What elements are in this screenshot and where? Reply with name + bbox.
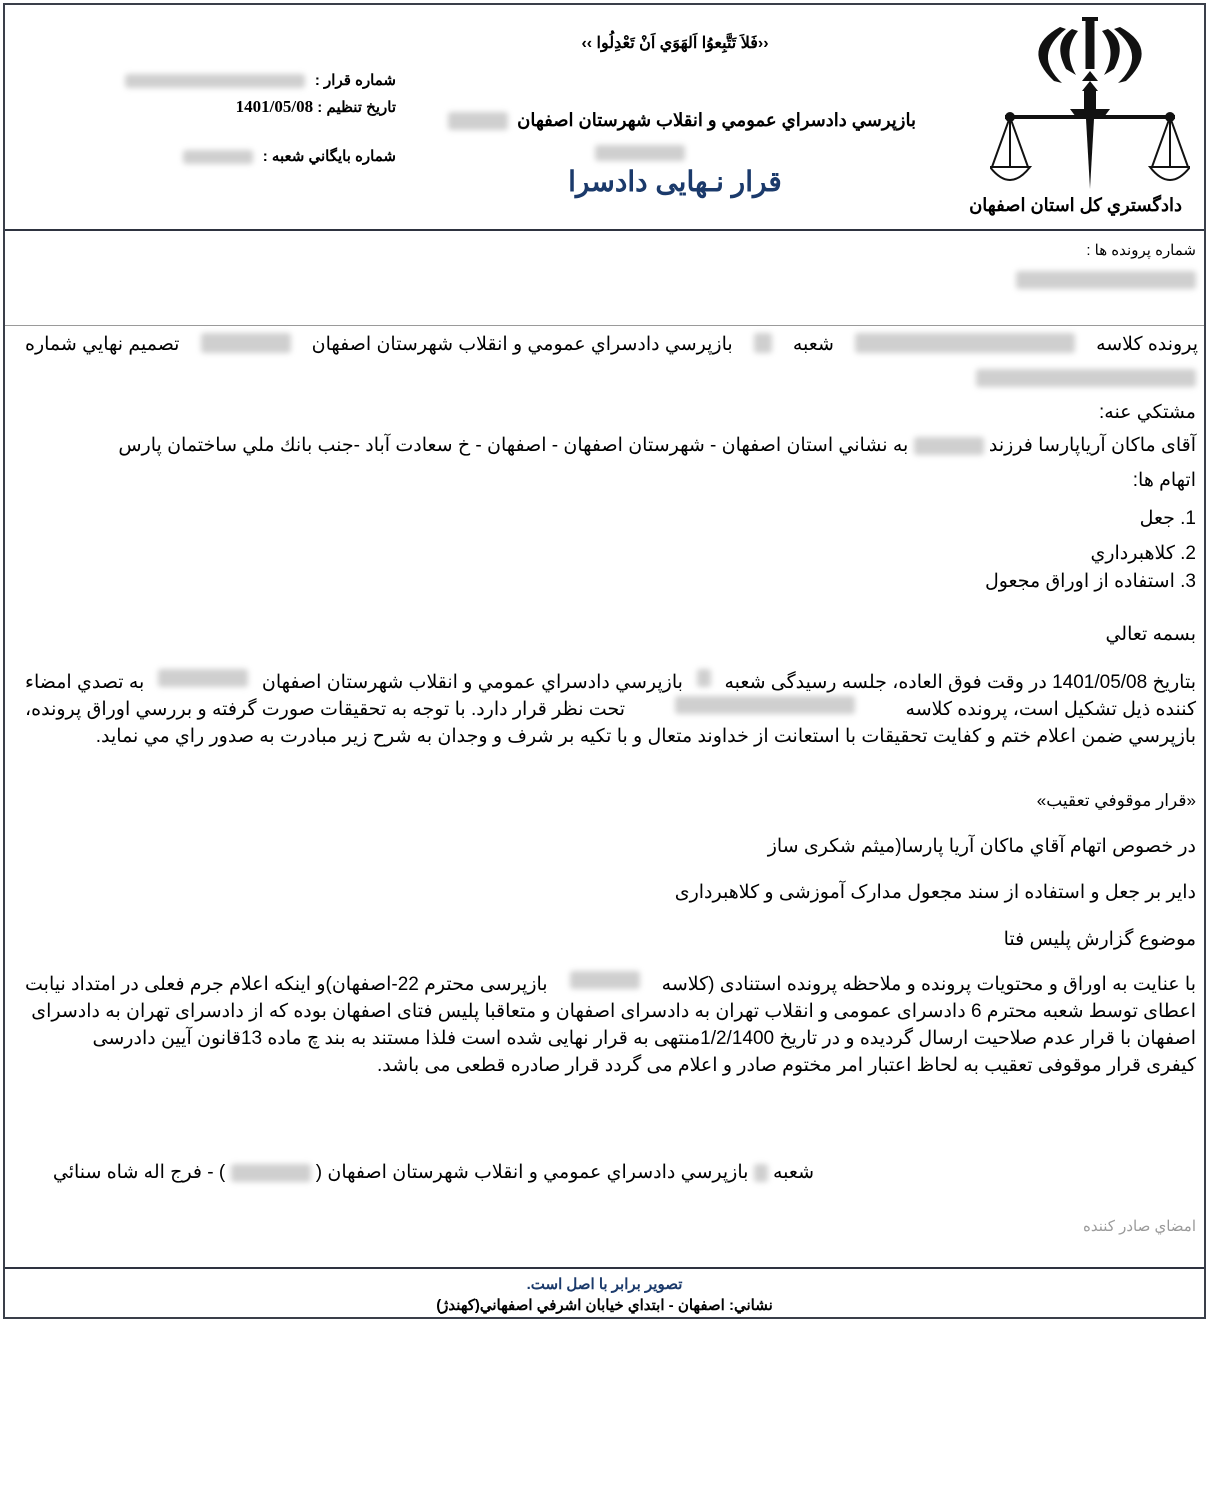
office-title: بازپرسي دادسراي عمومي و انقلاب شهرستان ا… — [448, 110, 916, 131]
bismillah: بسمه تعالي — [1105, 623, 1196, 646]
signature-office: بازپرسي دادسراي عمومي و انقلاب شهرستان ا… — [316, 1162, 749, 1183]
redacted-office — [158, 669, 248, 687]
redacted-case-class — [570, 971, 640, 989]
charge-item: 1. جعل — [1140, 507, 1196, 530]
divider — [5, 325, 1204, 326]
redacted-archive-number — [183, 150, 253, 164]
charge-item: 2. كلاهبرداري — [1090, 542, 1196, 565]
para1-b: بازپرسي دادسراي عمومي و انقلاب شهرستان ا… — [262, 669, 683, 696]
charge-regarding-line: در خصوص اتهام آقاي ماكان آريا پارسا(ميثم… — [768, 835, 1196, 858]
redacted-office-code — [595, 145, 685, 161]
decision-line-2: اعطای توسط شعبه محترم 6 دادسرای عمومی و … — [25, 998, 1196, 1025]
judiciary-emblem-icon — [990, 17, 1190, 192]
court-name: دادگستري كل استان اصفهان — [969, 195, 1182, 216]
defendant-line: آقای ماكان آریاپارسا فرزند به نشاني استا… — [118, 434, 1196, 457]
charge-detail-line: داير بر جعل و استفاده از سند مجعول مدارک… — [675, 881, 1196, 904]
charges-label: اتهام ها: — [1133, 469, 1196, 492]
intro-part-file: پرونده كلاسه — [1096, 333, 1198, 356]
file-numbers-label: شماره پرونده ها : — [1086, 241, 1196, 259]
signature-branch-label: شعبه — [773, 1162, 814, 1183]
redacted-office-code — [231, 1164, 311, 1182]
session-paragraph: بتاريخ 1401/05/08 در وقت فوق العاده، جلس… — [25, 669, 1196, 750]
date-value: 1401/05/08 — [236, 97, 313, 116]
para1-line2-a: كننده ذيل تشكيل است، پرونده كلاسه — [906, 696, 1196, 723]
office-title-text: بازپرسي دادسراي عمومي و انقلاب شهرستان ا… — [517, 110, 916, 130]
court-address: نشاني: اصفهان - ابتداي خيابان اشرفي اصفه… — [5, 1296, 1204, 1314]
para1-c: به تصدي امضاء — [25, 669, 144, 696]
redacted-branch — [448, 112, 508, 130]
case-intro-line: پرونده كلاسه شعبه بازپرسي دادسراي عمومي … — [25, 333, 1198, 356]
document-title: قرار نـهایی دادسرا — [565, 165, 785, 198]
archive-number-row: شماره بايگاني شعبه : — [183, 147, 396, 165]
quran-quote: ‹‹فَلاَ تَتَّبِعوُا اَلهَوَي اَنْ تَعْدِ… — [545, 33, 805, 53]
document-footer: تصوير برابر با اصل است. نشاني: اصفهان - … — [5, 1267, 1204, 1319]
para2-l1-b: بازپرسی محترم 22-اصفهان)و اينکه اعلام جر… — [25, 971, 548, 998]
defendant-name: آقای ماكان آریاپارسا فرزند — [989, 435, 1196, 456]
redacted-decision-final-number — [976, 369, 1196, 387]
redacted-father-name — [914, 437, 984, 455]
date-label: تاریخ تنظیم : — [317, 99, 396, 116]
redacted-file-numbers — [1016, 271, 1196, 289]
redacted-branch-number — [754, 333, 772, 353]
intro-part-decision: تصميم نهايي شماره — [25, 333, 179, 356]
session-line-3: بازپرسي ضمن اعلام ختم و كفايت تحقيقات با… — [25, 723, 1196, 750]
signature-line: شعبه بازپرسي دادسراي عمومي و انقلاب شهرس… — [53, 1161, 814, 1184]
signature-signer-name: ) - فرج اله شاه سنائي — [53, 1162, 225, 1183]
para1-a: بتاريخ 1401/05/08 در وقت فوق العاده، جلس… — [725, 669, 1197, 696]
redacted-branch — [697, 669, 711, 687]
redacted-decision-number — [125, 74, 305, 88]
session-line-2: كننده ذيل تشكيل است، پرونده كلاسه تحت نظ… — [25, 696, 1196, 723]
decision-number-row: شماره قرار : — [125, 71, 396, 89]
redacted-branch — [754, 1164, 768, 1182]
defendant-address: به نشاني استان اصفهان - شهرستان اصفهان -… — [118, 435, 908, 456]
date-row: تاریخ تنظیم : 1401/05/08 — [236, 97, 396, 117]
redacted-file-class — [855, 333, 1075, 353]
certified-copy-note: تصوير برابر با اصل است. — [5, 1275, 1204, 1293]
decision-line-1: با عنايت به اوراق و محتويات پرونده و ملا… — [25, 971, 1196, 998]
decision-number-label: شماره قرار : — [315, 72, 396, 89]
archive-number-label: شماره بايگاني شعبه : — [263, 148, 396, 165]
document-header: دادگستري كل استان اصفهان ‹‹فَلاَ تَتَّبِ… — [5, 5, 1204, 231]
charge-item: 3. استفاده از اوراق مجعول — [985, 570, 1196, 593]
signer-label: امضاي صادر كننده — [1083, 1217, 1196, 1235]
redacted-office — [201, 333, 291, 353]
intro-part-branch: شعبه — [793, 333, 834, 356]
para1-line2-b: تحت نظر قرار دارد. با توجه به تحقيقات صو… — [25, 696, 625, 723]
redacted-file-class — [675, 696, 855, 714]
document-page: دادگستري كل استان اصفهان ‹‹فَلاَ تَتَّبِ… — [3, 3, 1206, 1319]
defendant-label: مشتكي عنه: — [1099, 401, 1196, 424]
decision-paragraph: با عنايت به اوراق و محتويات پرونده و ملا… — [25, 971, 1196, 1079]
report-subject-line: موضوع گزارش پليس فتا — [1004, 928, 1196, 951]
decision-line-3: اصفهان با قرار عدم صلاحيت ارسال گرديده و… — [25, 1025, 1196, 1052]
session-line-1: بتاريخ 1401/05/08 در وقت فوق العاده، جلس… — [25, 669, 1196, 696]
decision-line-4: کيفری قرار موقوفی تعقيب به لحاظ اعتبار ا… — [25, 1052, 1196, 1079]
decision-heading: «قرار موقوفي تعقيب» — [1037, 791, 1196, 811]
intro-part-office: بازپرسي دادسراي عمومي و انقلاب شهرستان ا… — [312, 333, 733, 356]
para2-l1-a: با عنايت به اوراق و محتويات پرونده و ملا… — [662, 971, 1196, 998]
